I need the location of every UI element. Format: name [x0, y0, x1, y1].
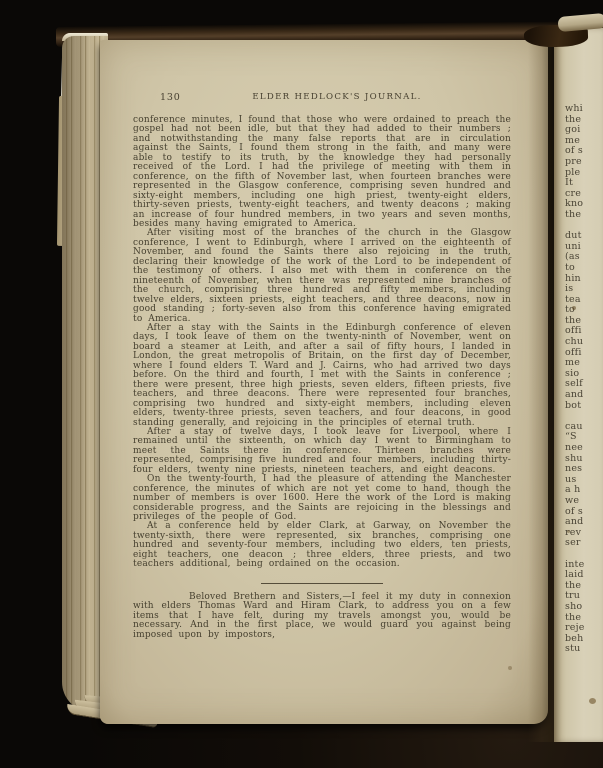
right-page-text-fragment: of s — [565, 146, 603, 157]
right-page-text-fragment: tru — [565, 591, 603, 602]
right-page-text-fragment: the — [565, 581, 603, 592]
right-page-text-fragment: and — [565, 517, 603, 528]
right-page-text-fragment: (as — [565, 252, 603, 263]
paragraph: At a conference held by elder Clark, at … — [133, 522, 511, 569]
right-page-text-fragment: sio — [565, 369, 603, 380]
right-page-text-fragment: to — [565, 305, 603, 316]
right-page-text-fragment: reje — [565, 623, 603, 634]
right-page-text-fragment: bot — [565, 401, 603, 412]
right-page-text-fragment: cre — [565, 189, 603, 200]
paragraph: conference minutes, I found that those w… — [133, 116, 511, 229]
facing-page-text: whithegoimeof sprepleItcreknothedutuni(a… — [565, 104, 603, 655]
stain — [567, 530, 570, 533]
right-page-text-fragment: hin — [565, 274, 603, 285]
stain — [572, 306, 576, 310]
journal-paragraphs: conference minutes, I found that those w… — [133, 116, 511, 570]
right-page-text-fragment: ple — [565, 168, 603, 179]
right-page-text-fragment — [565, 221, 603, 232]
right-page-text-fragment: me — [565, 136, 603, 147]
right-page-text-fragment: ser — [565, 538, 603, 549]
right-page-text-fragment: offi — [565, 326, 603, 337]
right-page-text-fragment: whi — [565, 104, 603, 115]
right-page-text-fragment: the — [565, 115, 603, 126]
right-page-text-fragment: chu — [565, 337, 603, 348]
paragraph: After visiting most of the branches of t… — [133, 229, 511, 324]
book-photo: 130 ELDER HEDLOCK'S JOURNAL. conference … — [0, 0, 603, 768]
right-page-text-fragment: pre — [565, 157, 603, 168]
paragraph: After a stay with the Saints in the Edin… — [133, 324, 511, 428]
right-page-text-fragment: us — [565, 475, 603, 486]
main-page: 130 ELDER HEDLOCK'S JOURNAL. conference … — [100, 40, 548, 724]
right-page-text-fragment: rev — [565, 528, 603, 539]
paragraph: On the twenty-fourth, I had the pleasure… — [133, 475, 511, 522]
right-page-text-fragment: me — [565, 358, 603, 369]
page-header: 130 ELDER HEDLOCK'S JOURNAL. — [133, 92, 511, 104]
right-page-text-fragment: of s — [565, 507, 603, 518]
running-header: ELDER HEDLOCK'S JOURNAL. — [133, 92, 511, 102]
right-page-text-fragment: the — [565, 613, 603, 624]
page-content: 130 ELDER HEDLOCK'S JOURNAL. conference … — [133, 92, 511, 640]
right-page-text-fragment: offi — [565, 348, 603, 359]
right-page-text-fragment: “S — [565, 432, 603, 443]
page-number: 130 — [160, 92, 181, 103]
right-page-text-fragment: sho — [565, 602, 603, 613]
letter-section: Beloved Brethern and Sisters,—I feel it … — [133, 593, 511, 640]
right-page-text-fragment: stu — [565, 644, 603, 655]
right-page-text-fragment: nes — [565, 464, 603, 475]
right-page-text-fragment: beh — [565, 634, 603, 645]
right-page-text-fragment: is — [565, 284, 603, 295]
right-page-text-fragment: and — [565, 390, 603, 401]
right-page-text-fragment: inte — [565, 560, 603, 571]
stain — [508, 666, 512, 670]
right-page-text-fragment: we — [565, 496, 603, 507]
right-page-text-fragment: goi — [565, 125, 603, 136]
right-page-text-fragment — [565, 549, 603, 560]
right-page-text-fragment: laid — [565, 570, 603, 581]
right-page-text-fragment: cau — [565, 422, 603, 433]
paragraph: After a stay of twelve days, I took leav… — [133, 428, 511, 475]
stain — [589, 698, 596, 704]
right-page-text-fragment: tea — [565, 295, 603, 306]
right-page-text-fragment: the — [565, 316, 603, 327]
right-page-text-fragment: dut — [565, 231, 603, 242]
right-page-text-fragment: the — [565, 210, 603, 221]
right-page-text-fragment: self — [565, 379, 603, 390]
right-page-text-fragment: uni — [565, 242, 603, 253]
right-page-text-fragment: a h — [565, 485, 603, 496]
letter-paragraph: Beloved Brethern and Sisters,—I feel it … — [133, 593, 511, 640]
right-page-text-fragment: kno — [565, 199, 603, 210]
page-body: conference minutes, I found that those w… — [133, 116, 511, 640]
gutter-shadow — [528, 30, 562, 742]
right-page-text-fragment: shu — [565, 454, 603, 465]
right-page-text-fragment — [565, 411, 603, 422]
right-page-text-fragment: to — [565, 263, 603, 274]
right-page-text-fragment: nee — [565, 443, 603, 454]
right-page-text-fragment: It — [565, 178, 603, 189]
section-divider — [261, 583, 383, 584]
